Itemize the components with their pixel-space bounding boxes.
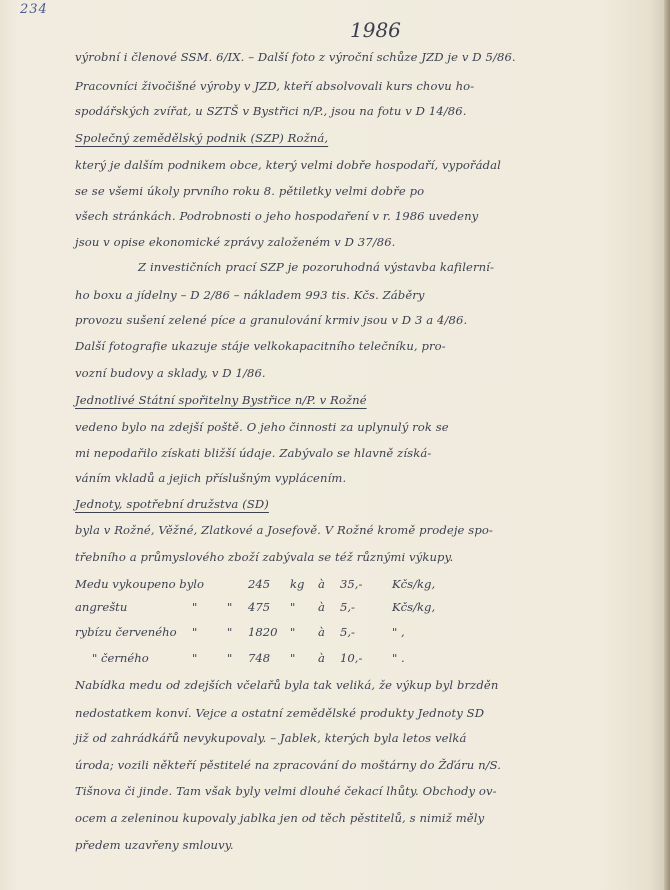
text-line: byla v Rožné, Věžné, Zlatkové a Josefově… [75, 523, 493, 537]
table-cell-quantity: 245 [248, 577, 270, 591]
text-line: mi nepodařilo získati bližší údaje. Zabý… [75, 446, 431, 460]
text-line: váním vkladů a jejich příslušným vypláce… [75, 471, 346, 485]
table-cell-ditto2: " [227, 600, 232, 614]
table-cell-item: rybízu červeného [75, 625, 177, 639]
table-cell-quantity: 1820 [248, 625, 278, 639]
table-cell-unit: " [290, 625, 295, 639]
table-cell-unit: " [290, 600, 295, 614]
text-line: provozu sušení zelené píce a granulování… [75, 313, 467, 327]
text-line: třebního a průmyslového zboží zabývala s… [75, 550, 453, 564]
text-line: Tišnova či jinde. Tam však byly velmi dl… [75, 784, 497, 798]
text-line: jsou v opise ekonomické zprávy založeném… [75, 235, 395, 249]
section-heading: Jednoty, spotřební družstva (SD) [75, 497, 269, 511]
text-line: vozní budovy a sklady, v D 1/86. [75, 366, 266, 380]
text-line: ocem a zeleninou kupovaly jablka jen od … [75, 811, 484, 825]
table-cell-item: angreštu [75, 600, 127, 614]
table-cell-price: 5,- [340, 625, 355, 639]
text-line: vedeno bylo na zdejší poště. O jeho činn… [75, 420, 449, 434]
table-cell-item: " černého [92, 651, 149, 665]
table-cell-price: 5,- [340, 600, 355, 614]
text-line: již od zahrádkářů nevykupovaly. – Jablek… [75, 731, 467, 745]
text-line: předem uzavřeny smlouvy. [75, 838, 234, 852]
table-cell-ditto1: " [192, 625, 197, 639]
text-line: se se všemi úkoly prvního roku 8. pětile… [75, 184, 424, 198]
table-cell-at: à [318, 577, 325, 591]
table-cell-unit: " [290, 651, 295, 665]
text-line: ho boxu a jídelny – D 2/86 – nákladem 99… [75, 288, 425, 302]
section-heading: Jednotlivé Státní spořitelny Bystřice n/… [75, 393, 367, 407]
text-line: Nabídka medu od zdejších včelařů byla ta… [75, 678, 498, 692]
text-line: všech stránkách. Podrobnosti o jeho hosp… [75, 209, 478, 223]
table-cell-price: 10,- [340, 651, 362, 665]
table-cell-ditto1: " [192, 651, 197, 665]
table-cell-per: " , [392, 625, 405, 639]
table-cell-quantity: 748 [248, 651, 270, 665]
table-cell-per: " . [392, 651, 405, 665]
table-cell-item: Medu vykoupeno bylo [75, 577, 204, 591]
table-cell-ditto1: " [192, 600, 197, 614]
table-cell-ditto2: " [227, 651, 232, 665]
text-line: Z investičních prací SZP je pozoruhodná … [138, 260, 494, 274]
table-cell-per: Kčs/kg, [392, 577, 435, 591]
text-line: výrobní i členové SSM. 6/IX. – Další fot… [75, 50, 516, 64]
page-number: 234 [20, 2, 48, 17]
table-cell-ditto2: " [227, 625, 232, 639]
handwritten-chronicle-page: 234 1986 výrobní i členové SSM. 6/IX. – … [0, 0, 670, 890]
text-line: Pracovníci živočišné výroby v JZD, kteří… [75, 79, 474, 93]
text-line: nedostatkem konví. Vejce a ostatní zeměd… [75, 706, 484, 720]
table-cell-price: 35,- [340, 577, 362, 591]
text-line: Další fotografie ukazuje stáje velkokapa… [75, 339, 446, 353]
text-line: spodářských zvířat, u SZTŠ v Bystřici n/… [75, 104, 467, 118]
table-cell-at: à [318, 600, 325, 614]
text-line: úroda; vozili někteří pěstitelé na zprac… [75, 758, 501, 772]
table-cell-quantity: 475 [248, 600, 270, 614]
table-cell-at: à [318, 625, 325, 639]
table-cell-unit: kg [290, 577, 304, 591]
section-heading: Společný zemědělský podnik (SZP) Rožná, [75, 131, 328, 145]
table-cell-at: à [318, 651, 325, 665]
text-line: který je dalším podnikem obce, který vel… [75, 158, 501, 172]
year-heading: 1986 [350, 18, 401, 42]
table-cell-per: Kčs/kg, [392, 600, 435, 614]
